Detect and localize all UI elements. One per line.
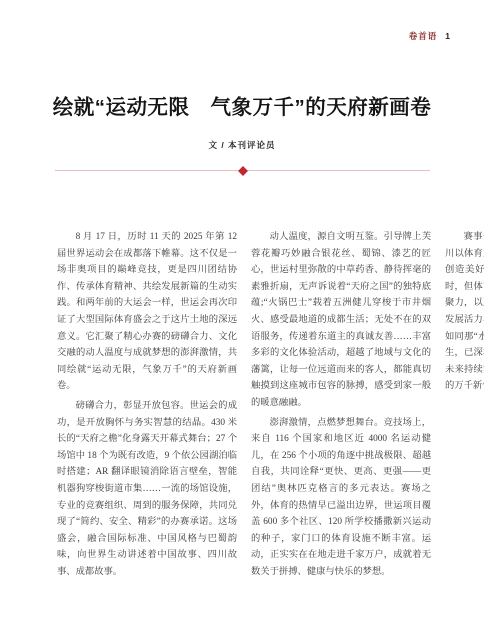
folio: 卷首语 1 — [409, 30, 450, 42]
article-title: 绘就“运动无限 气象万千”的天府新画卷 — [0, 90, 484, 120]
magazine-page: 卷首语 1 绘就“运动无限 气象万千”的天府新画卷 文 / 本刊评论员 8 月 … — [0, 0, 484, 640]
paragraph: 动人温度，源自文明互鉴。引导牌上芙蓉花瓣巧妙融合银花丝、蜀锦、漆艺的匠心，世运村… — [251, 229, 431, 412]
paragraph: 磅礴合力，彰显开放包容。世运会的成功，是开放胸怀与务实智慧的结晶。430 米长的… — [57, 398, 237, 581]
folio-section-label: 卷首语 — [409, 30, 438, 42]
article-byline: 文 / 本刊评论员 — [0, 139, 484, 151]
paragraph-text: 赛事书写运动的无限可能，更书写了四川以体育为媒、推动区域共进、传承精神、创造美好… — [445, 232, 484, 391]
paragraph: 赛事书写运动的无限可能，更书写了四川以体育为媒、推动区域共进、传承精神、创造美好… — [445, 229, 484, 395]
section-divider — [55, 170, 430, 171]
article-body: 8 月 17 日，历时 11 天的 2025 年第 12 届世界运动会在成都落下… — [57, 229, 431, 611]
paragraph: 澎湃激情，点燃梦想舞台。竞技场上，来自 116 个国家和地区近 4000 名运动… — [251, 415, 431, 581]
page-number: 1 — [445, 31, 450, 41]
diamond-ornament-icon — [238, 166, 248, 176]
paragraph: 8 月 17 日，历时 11 天的 2025 年第 12 届世界运动会在成都落下… — [57, 229, 237, 395]
